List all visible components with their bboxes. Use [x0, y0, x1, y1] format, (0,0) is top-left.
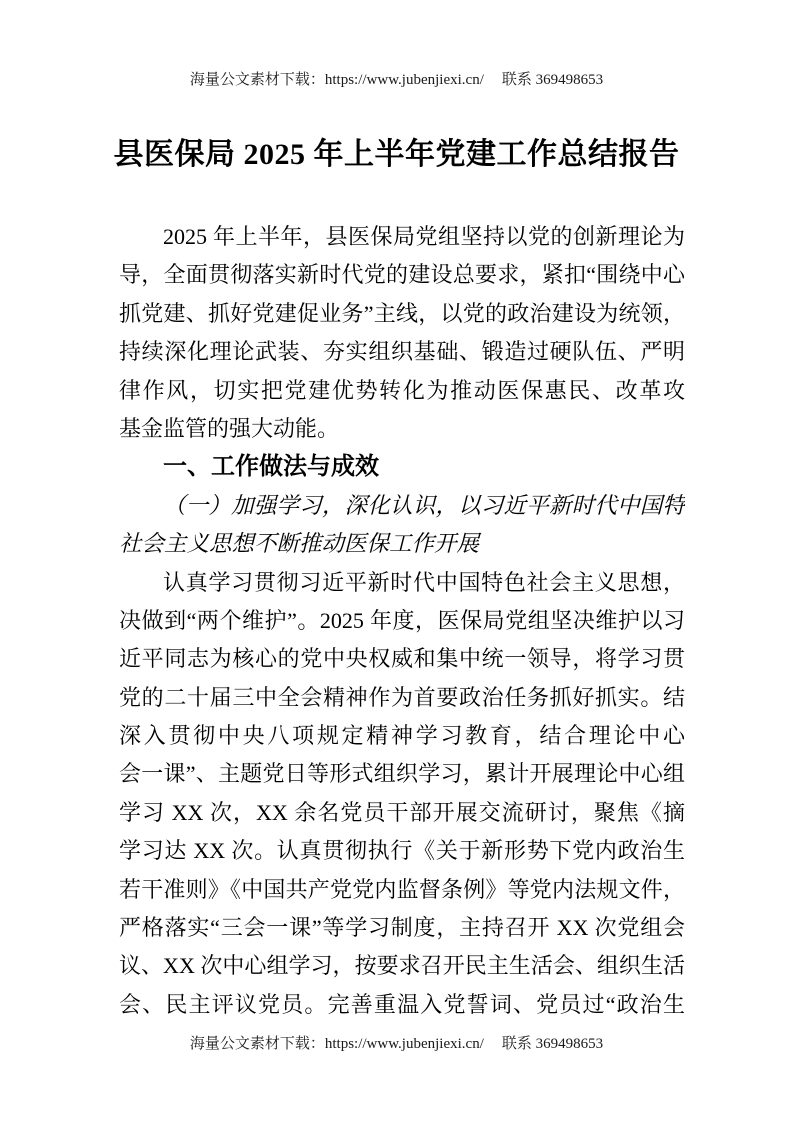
paragraph-2-line: 学习 XX 次，XX 余名党员干部开展交流研讨，聚焦《摘编》: [119, 794, 685, 832]
paragraph-2-line: 若干准则》《中国共产党党内监督条例》等党内法规文件，: [119, 871, 685, 909]
page-header: 海量公文素材下载：https://www.jubenjiexi.cn/联系 36…: [0, 70, 793, 90]
header-url-link[interactable]: https://www.jubenjiexi.cn/: [325, 72, 484, 88]
paragraph-1-line: 导，全面贯彻落实新时代党的建设总要求，紧扣“围绕中心: [119, 256, 685, 294]
document-title: 县医保局 2025 年上半年党建工作总结报告: [0, 133, 793, 177]
sub-heading-1-line: 社会主义思想不断推动医保工作开展: [119, 525, 685, 563]
paragraph-2-line: 党的二十届三中全会精神作为首要政治任务抓好抓实。结合: [119, 679, 685, 717]
paragraph-1-line: 持续深化理论武装、夯实组织基础、锻造过硬队伍、严明纪: [119, 333, 685, 371]
paragraph-2-line: 深入贯彻中央八项规定精神学习教育，结合理论中心组、“三: [119, 717, 685, 755]
paragraph-2-line: 议、XX 次中心组学习，按要求召开民主生活会、组织生活: [119, 947, 685, 985]
paragraph-2-line: 学习达 XX 次。认真贯彻执行《关于新形势下党内政治生活: [119, 832, 685, 870]
paragraph-2-line: 决做到“两个维护”。2025 年度，医保局党组坚决维护以习: [119, 602, 685, 640]
paragraph-2-line: 会、民主评议党员。完善重温入党誓词、党员过“政治生日”: [119, 986, 685, 1024]
paragraph-2-line: 严格落实“三会一课”等学习制度，主持召开 XX 次党组会: [119, 909, 685, 947]
paragraph-1-line: 律作风，切实把党建优势转化为推动医保惠民、改革攻坚、: [119, 372, 685, 410]
paragraph-1-line: 2025 年上半年，县医保局党组坚持以党的创新理论为指: [119, 218, 685, 256]
paragraph-2-line: 会一课”、主题党日等形式组织学习，累计开展理论中心组: [119, 755, 685, 793]
paragraph-1-line: 基金监管的强大动能。: [119, 410, 685, 448]
header-contact: 联系 369498653: [502, 72, 603, 88]
document-body: 2025 年上半年，县医保局党组坚持以党的创新理论为指 导，全面贯彻落实新时代党…: [119, 218, 685, 1024]
paragraph-2-line: 认真学习贯彻习近平新时代中国特色社会主义思想，坚: [119, 564, 685, 602]
paragraph-2-line: 近平同志为核心的党中央权威和集中统一领导，将学习贯彻: [119, 640, 685, 678]
document-page: 海量公文素材下载：https://www.jubenjiexi.cn/联系 36…: [0, 0, 793, 1122]
sub-heading-1-line: （一）加强学习，深化认识，以习近平新时代中国特色: [119, 487, 685, 525]
footer-url-link[interactable]: https://www.jubenjiexi.cn/: [325, 1036, 484, 1052]
paragraph-1-line: 抓党建、抓好党建促业务”主线，以党的政治建设为统领，: [119, 295, 685, 333]
footer-download-label: 海量公文素材下载：: [190, 1036, 325, 1052]
section-heading-1: 一、工作做法与成效: [119, 448, 685, 486]
page-footer: 海量公文素材下载：https://www.jubenjiexi.cn/联系 36…: [0, 1034, 793, 1054]
footer-contact: 联系 369498653: [502, 1036, 603, 1052]
header-download-label: 海量公文素材下载：: [190, 72, 325, 88]
